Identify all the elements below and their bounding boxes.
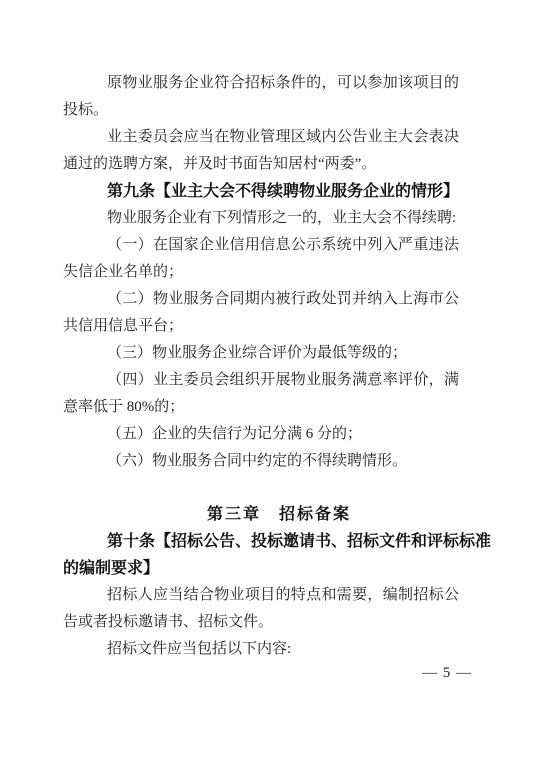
paragraph: 招标文件应当包括以下内容: [63,636,459,663]
paragraph: 物业服务企业有下列情形之一的，业主大会不得续聘: [63,205,459,232]
paragraph: （六）物业服务合同中约定的不得续聘情形。 [63,448,459,475]
paragraph: 招标人应当结合物业项目的特点和需要，编制招标公告或者投标邀请书、招标文件。 [63,582,459,636]
paragraph: （一）在国家企业信用信息公示系统中列入严重违法失信企业名单的； [63,232,459,286]
paragraph: 原物业服务企业符合招标条件的，可以参加该项目的投标。 [63,70,459,124]
paragraph: （四）业主委员会组织开展物业服务满意率评价，满意率低于 80%的； [63,367,459,421]
document-body: 原物业服务企业符合招标条件的，可以参加该项目的投标。业主委员会应当在物业管理区域… [63,70,459,663]
document-page: 原物业服务企业符合招标条件的，可以参加该项目的投标。业主委员会应当在物业管理区域… [0,0,540,763]
page-number: — 5 — [422,662,472,684]
paragraph: （五）企业的失信行为记分满 6 分的； [63,421,459,448]
article-heading: 第十条【招标公告、投标邀请书、招标文件和评标标准的编制要求】 [63,528,505,582]
paragraph: （二）物业服务合同期内被行政处罚并纳入上海市公共信用信息平台； [63,286,459,340]
paragraph: （三）物业服务企业综合评价为最低等级的； [63,340,459,367]
chapter-heading: 第三章 招标备案 [99,501,459,528]
article-heading: 第九条【业主大会不得续聘物业服务企业的情形】 [63,178,505,205]
paragraph: 业主委员会应当在物业管理区域内公告业主大会表决通过的选聘方案，并及时书面告知居村… [63,124,459,178]
